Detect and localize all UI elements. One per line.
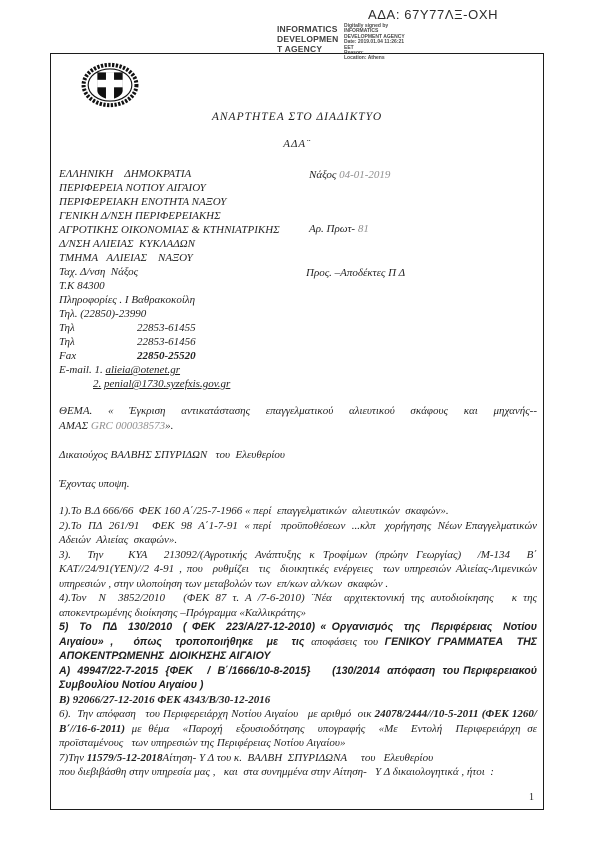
letterhead-line: ΓΕΝΙΚΗ Δ/ΝΣΗ ΠΕΡΙΦΕΡΕΙΑΚΗΣ	[59, 209, 359, 223]
tel-label: Τηλ	[59, 321, 137, 335]
legal-item-6: 6). Την απόφαση του Περιφερειάρχη Νοτίου…	[59, 707, 537, 751]
date-line: Νάξος 04-01-2019	[309, 169, 390, 181]
signature-agency-line: INFORMATICS	[277, 24, 337, 34]
preamble-label: Έχοντας υποψη.	[59, 477, 537, 492]
contact-email-row-2: 2. penial@1730.syzefxis.gov.gr	[59, 377, 359, 391]
item-7-bold-segment: 11579/5-12-2018	[87, 752, 163, 764]
tel-value: 22853-61456	[137, 335, 196, 349]
email-label: E-mail. 1.	[59, 364, 103, 376]
legal-item-2: 2).Το ΠΔ 261/91 ΦΕΚ 98 Α΄1-7-91 « περί π…	[59, 519, 537, 548]
legal-item-5a: Α) 49947/22-7-2015 {ΦΕΚ / Β΄/1666/10-8-2…	[59, 664, 537, 693]
contact-fax-row: Fax 22850-25520	[59, 349, 359, 363]
tel-value: 22853-61455	[137, 321, 196, 335]
email-2-prefix: 2.	[93, 378, 101, 390]
document-body: ΘΕΜΑ. « Έγκριση αντικατάστασης επαγγελμα…	[59, 404, 537, 780]
subject-line-1: ΘΕΜΑ. « Έγκριση αντικατάστασης επαγγελμα…	[59, 404, 537, 419]
protocol-label: Αρ. Πρωτ-	[309, 223, 355, 235]
beneficiary-line: Δικαιούχος ΒΑΛΒΗΣ ΣΠΥΡΙΔΩΝ του Ελευθερίο…	[59, 448, 537, 463]
legal-item-5: 5) Το ΠΔ 130/2010 ( ΦΕΚ 223/Α/27-12-2010…	[59, 620, 537, 664]
subject-line-2: ΑΜΑΣ GRC 000038573».	[59, 419, 537, 434]
legal-item-8: που διεβιβάσθη στην υπηρεσία μας , και σ…	[59, 765, 537, 780]
page-number: 1	[529, 792, 534, 803]
letterhead-line: ΤΜΗΜΑ ΑΛΙΕΙΑΣ ΝΑΞΟΥ	[59, 251, 359, 265]
protocol-number: 81	[358, 223, 369, 235]
signature-agency-line: DEVELOPMEN	[277, 34, 337, 44]
publish-notice: ΑΝΑΡΤΗΤΕΑ ΣΤΟ ΔΙΑΔΙΚΤΥΟ	[51, 111, 543, 123]
legal-item-7: 7)Την 11579/5-12-2018Αίτηση- Υ Δ του κ. …	[59, 751, 537, 766]
item-6-regular-segment: με θέμα «Παροχή εξουσιοδότησης υπογραφής…	[59, 723, 537, 750]
contact-info-person: Πληροφορίες . Ι Βαθρακοκοίλη	[59, 293, 359, 307]
subject-amas-label: ΑΜΑΣ	[59, 420, 91, 432]
email-link-2[interactable]: penial@1730.syzefxis.gov.gr	[104, 378, 230, 390]
place-label: Νάξος	[309, 169, 336, 181]
letterhead-line: ΠΕΡΙΦΕΡΕΙΑ ΝΟΤΙΟΥ ΑΙΓΑΙΟΥ	[59, 181, 359, 195]
legal-item-1: 1).Το Β.Δ 666/66 ΦΕΚ 160 Α΄/25-7-1966 « …	[59, 504, 537, 519]
email-link-1[interactable]: alieia@otenet.gr	[105, 364, 180, 376]
contact-tel-row: Τηλ 22853-61455	[59, 321, 359, 335]
tel-label: Τηλ	[59, 335, 137, 349]
contact-tel-row: Τηλ 22853-61456	[59, 335, 359, 349]
item-7-regular-segment: Αίτηση- Υ Δ του κ. ΒΑΛΒΗ ΣΠΥΡΙΔΩΝΑ του Ε…	[163, 752, 434, 764]
recipient-line: Προς. –Αποδέκτες Π Δ	[306, 267, 405, 279]
subject-grc-reference: GRC 000038573	[91, 420, 165, 432]
item-7-regular-segment: 7)Την	[59, 752, 87, 764]
letterhead-line: Δ/ΝΣΗ ΑΛΙΕΙΑΣ ΚΥΚΛΑΔΩΝ	[59, 237, 359, 251]
protocol-line: Αρ. Πρωτ- 81	[309, 223, 369, 235]
date-value: 04-01-2019	[339, 169, 390, 181]
contact-email-row-1: E-mail. 1. alieia@otenet.gr	[59, 363, 359, 377]
ada-code: ΑΔΑ: 67Υ77ΛΞ-ΟΧΗ	[368, 7, 498, 22]
subject-close-quote: ».	[165, 420, 173, 432]
legal-item-3: 3). Την ΚΥΑ 213092/(Αγροτικής Ανάπτυξης …	[59, 548, 537, 592]
fax-label: Fax	[59, 349, 137, 363]
ada-placeholder-label: ΑΔΑ¨	[51, 138, 543, 150]
fax-value: 22850-25520	[137, 349, 196, 363]
legal-item-4: 4).Τον Ν 3852/2010 (ΦΕΚ 87 τ. Α /7-6-201…	[59, 591, 537, 620]
letterhead-line: ΠΕΡΙΦΕΡΕΙΑΚΗ ΕΝΟΤΗΤΑ ΝΑΞΟΥ	[59, 195, 359, 209]
document-border-frame: ΑΝΑΡΤΗΤΕΑ ΣΤΟ ΔΙΑΔΙΚΤΥΟ ΑΔΑ¨ ΕΛΛΗΝΙΚΗ ΔΗ…	[50, 53, 544, 810]
legal-item-5b: Β) 92066/27-12-2016 ΦΕΚ 4343/Β/30-12-201…	[59, 693, 537, 708]
document-page: ΑΔΑ: 67Υ77ΛΞ-ΟΧΗ INFORMATICS DEVELOPMEN …	[0, 0, 595, 842]
item-5-regular-segment: αποφάσεις του	[311, 636, 384, 648]
greek-national-emblem-icon	[81, 62, 139, 108]
letterhead-block: ΕΛΛΗΝΙΚΗ ΔΗΜΟΚΡΑΤΙΑ ΠΕΡΙΦΕΡΕΙΑ ΝΟΤΙΟΥ ΑΙ…	[59, 167, 359, 391]
contact-tel-main: Τηλ. (22850)-23990	[59, 307, 359, 321]
contact-postal-code: Τ.Κ 84300	[59, 279, 359, 293]
item-6-regular-segment: 6). Την απόφαση του Περιφερειάρχη Νοτίου…	[59, 708, 375, 720]
